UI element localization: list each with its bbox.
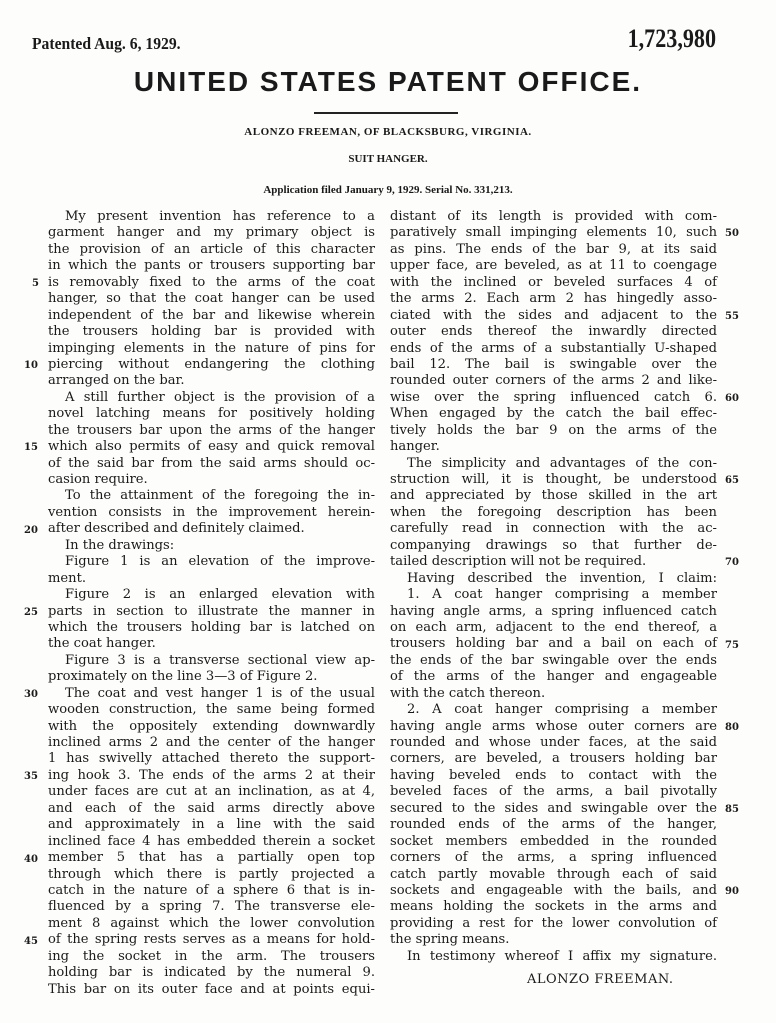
text-line: secured to the sides and swingable over … [390, 801, 717, 817]
text-line: sockets and engageable with the bails, a… [390, 883, 717, 899]
text-line: of the spring rests serves as a means fo… [48, 932, 375, 948]
text-line: carefully read in connection with the ac… [390, 521, 717, 537]
text-line: When engaged by the catch the bail effec… [390, 406, 717, 422]
line-number: 65 [725, 475, 739, 486]
text-line: independent of the bar and likewise wher… [48, 308, 375, 324]
text-line: having angle arms whose outer corners ar… [390, 719, 717, 735]
text-line: inclined face 4 has embedded therein a s… [48, 834, 375, 850]
text-line: vention consists in the improvement here… [48, 505, 375, 521]
text-line: catch in the nature of a sphere 6 that i… [48, 883, 375, 899]
text-line: The coat and vest hanger 1 is of the usu… [48, 686, 375, 702]
text-line: ciated with the sides and adjacent to th… [390, 308, 717, 324]
text-line: Figure 1 is an elevation of the improve- [48, 554, 375, 570]
text-line: of the arms of the hanger and engageable [390, 669, 717, 685]
text-line: struction will, it is thought, be unders… [390, 472, 717, 488]
text-line: tailed description will not be required. [390, 554, 717, 570]
text-line: having angle arms, a spring influenced c… [390, 604, 717, 620]
text-line: under faces are cut at an inclination, a… [48, 784, 375, 800]
text-line: socket members embedded in the rounded [390, 834, 717, 850]
text-line: rounded outer corners of the arms 2 and … [390, 373, 717, 389]
text-line: the provision of an article of this char… [48, 242, 375, 258]
text-line: means holding the sockets in the arms an… [390, 899, 717, 915]
office-title: UNITED STATES PATENT OFFICE. [0, 66, 776, 98]
text-line: ment. [48, 571, 375, 587]
text-line: The simplicity and advantages of the con… [390, 456, 717, 472]
text-line: with the oppositely extending downwardly [48, 719, 375, 735]
line-number: 70 [725, 557, 739, 568]
text-line: In the drawings: [48, 538, 375, 554]
line-number: 75 [725, 640, 739, 651]
text-line: ment 8 against which the lower convoluti… [48, 916, 375, 932]
patent-subject: SUIT HANGER. [0, 153, 776, 165]
application-line: Application filed January 9, 1929. Seria… [0, 184, 776, 196]
text-line: To the attainment of the foregoing the i… [48, 488, 375, 504]
text-line: when the foregoing description has been [390, 505, 717, 521]
text-line: wooden construction, the same being form… [48, 702, 375, 718]
text-line: the arms 2. Each arm 2 has hingedly asso… [390, 291, 717, 307]
text-line: hanger. [390, 439, 717, 455]
title-rule [314, 112, 458, 114]
text-line: distant of its length is provided with c… [390, 209, 717, 225]
text-line: ing the socket in the arm. The trousers [48, 949, 375, 965]
text-line: the trousers bar upon the arms of the ha… [48, 423, 375, 439]
text-line: with the inclined or beveled surfaces 4 … [390, 275, 717, 291]
text-line: trousers holding bar and a bail on each … [390, 636, 717, 652]
text-line: rounded ends of the arms of the hanger, [390, 817, 717, 833]
text-line: in which the pants or trousers supportin… [48, 258, 375, 274]
text-line: Figure 2 is an enlarged elevation with [48, 587, 375, 603]
line-number: 40 [24, 854, 38, 865]
text-line: the trousers holding bar is provided wit… [48, 324, 375, 340]
text-line: on each arm, adjacent to the end thereof… [390, 620, 717, 636]
text-line: and approximately in a line with the sai… [48, 817, 375, 833]
text-line: the spring means. [390, 932, 717, 948]
line-number: 50 [725, 228, 739, 239]
text-line: and each of the said arms directly above [48, 801, 375, 817]
text-line: In testimony whereof I affix my signatur… [390, 949, 717, 965]
text-line: which the trousers holding bar is latche… [48, 620, 375, 636]
text-line: and appreciated by those skilled in the … [390, 488, 717, 504]
text-line: piercing without endangering the clothin… [48, 357, 375, 373]
left-text-column: My present invention has reference to ag… [48, 209, 375, 998]
text-line: garment hanger and my primary object is [48, 225, 375, 241]
text-line: the coat hanger. [48, 636, 375, 652]
line-number: 55 [725, 311, 739, 322]
text-line: fluenced by a spring 7. The transverse e… [48, 899, 375, 915]
text-line: This bar on its outer face and at points… [48, 982, 375, 998]
text-line: ing hook 3. The ends of the arms 2 at th… [48, 768, 375, 784]
text-line: Figure 3 is a transverse sectional view … [48, 653, 375, 669]
text-line: Having described the invention, I claim: [390, 571, 717, 587]
patent-number: 1,723,980 [628, 24, 716, 54]
text-line: holding bar is indicated by the numeral … [48, 965, 375, 981]
line-number: 30 [24, 689, 38, 700]
line-number: 15 [24, 442, 38, 453]
text-line: A still further object is the provision … [48, 390, 375, 406]
line-number: 35 [24, 771, 38, 782]
line-number: 90 [725, 886, 739, 897]
line-number: 80 [725, 722, 739, 733]
text-line: proximately on the line 3—3 of Figure 2. [48, 669, 375, 685]
text-line: of the said bar from the said arms shoul… [48, 456, 375, 472]
text-line: beveled faces of the arms, a bail pivota… [390, 784, 717, 800]
text-line: catch partly movable through each of sai… [390, 867, 717, 883]
line-number: 60 [725, 393, 739, 404]
text-line: which also permits of easy and quick rem… [48, 439, 375, 455]
right-text-column: distant of its length is provided with c… [390, 209, 717, 965]
text-line: rounded and whose under faces, at the sa… [390, 735, 717, 751]
text-line: My present invention has reference to a [48, 209, 375, 225]
text-line: arranged on the bar. [48, 373, 375, 389]
text-line: member 5 that has a partially open top [48, 850, 375, 866]
text-line: 1 has swivelly attached thereto the supp… [48, 751, 375, 767]
text-line: as pins. The ends of the bar 9, at its s… [390, 242, 717, 258]
line-number: 10 [24, 360, 38, 371]
text-line: novel latching means for positively hold… [48, 406, 375, 422]
line-number: 85 [725, 804, 739, 815]
text-line: upper face, are beveled, as at 11 to coe… [390, 258, 717, 274]
line-number: 5 [32, 278, 39, 289]
text-line: 2. A coat hanger comprising a member [390, 702, 717, 718]
text-line: tively holds the bar 9 on the arms of th… [390, 423, 717, 439]
line-number: 45 [24, 936, 38, 947]
text-line: parts in section to illustrate the manne… [48, 604, 375, 620]
line-number: 25 [24, 607, 38, 618]
line-number: 20 [24, 525, 38, 536]
inventor-line: ALONZO FREEMAN, OF BLACKSBURG, VIRGINIA. [0, 126, 776, 138]
text-line: after described and definitely claimed. [48, 521, 375, 537]
patented-date: Patented Aug. 6, 1929. [32, 34, 181, 54]
text-line: inclined arms 2 and the center of the ha… [48, 735, 375, 751]
text-line: corners, are beveled, a trousers holding… [390, 751, 717, 767]
text-line: casion require. [48, 472, 375, 488]
text-line: paratively small impinging elements 10, … [390, 225, 717, 241]
text-line: through which there is partly projected … [48, 867, 375, 883]
text-line: the ends of the bar swingable over the e… [390, 653, 717, 669]
text-line: outer ends thereof the inwardly directed [390, 324, 717, 340]
text-line: is removably fixed to the arms of the co… [48, 275, 375, 291]
text-line: 1. A coat hanger comprising a member [390, 587, 717, 603]
text-line: hanger, so that the coat hanger can be u… [48, 291, 375, 307]
text-line: ends of the arms of a substantially U-sh… [390, 341, 717, 357]
text-line: providing a rest for the lower convoluti… [390, 916, 717, 932]
text-line: companying drawings so that further de- [390, 538, 717, 554]
text-line: wise over the spring influenced catch 6. [390, 390, 717, 406]
text-line: impinging elements in the nature of pins… [48, 341, 375, 357]
text-line: bail 12. The bail is swingable over the [390, 357, 717, 373]
text-line: having beveled ends to contact with the [390, 768, 717, 784]
text-line: with the catch thereon. [390, 686, 717, 702]
signature: ALONZO FREEMAN. [527, 972, 674, 987]
text-line: corners of the arms, a spring influenced [390, 850, 717, 866]
